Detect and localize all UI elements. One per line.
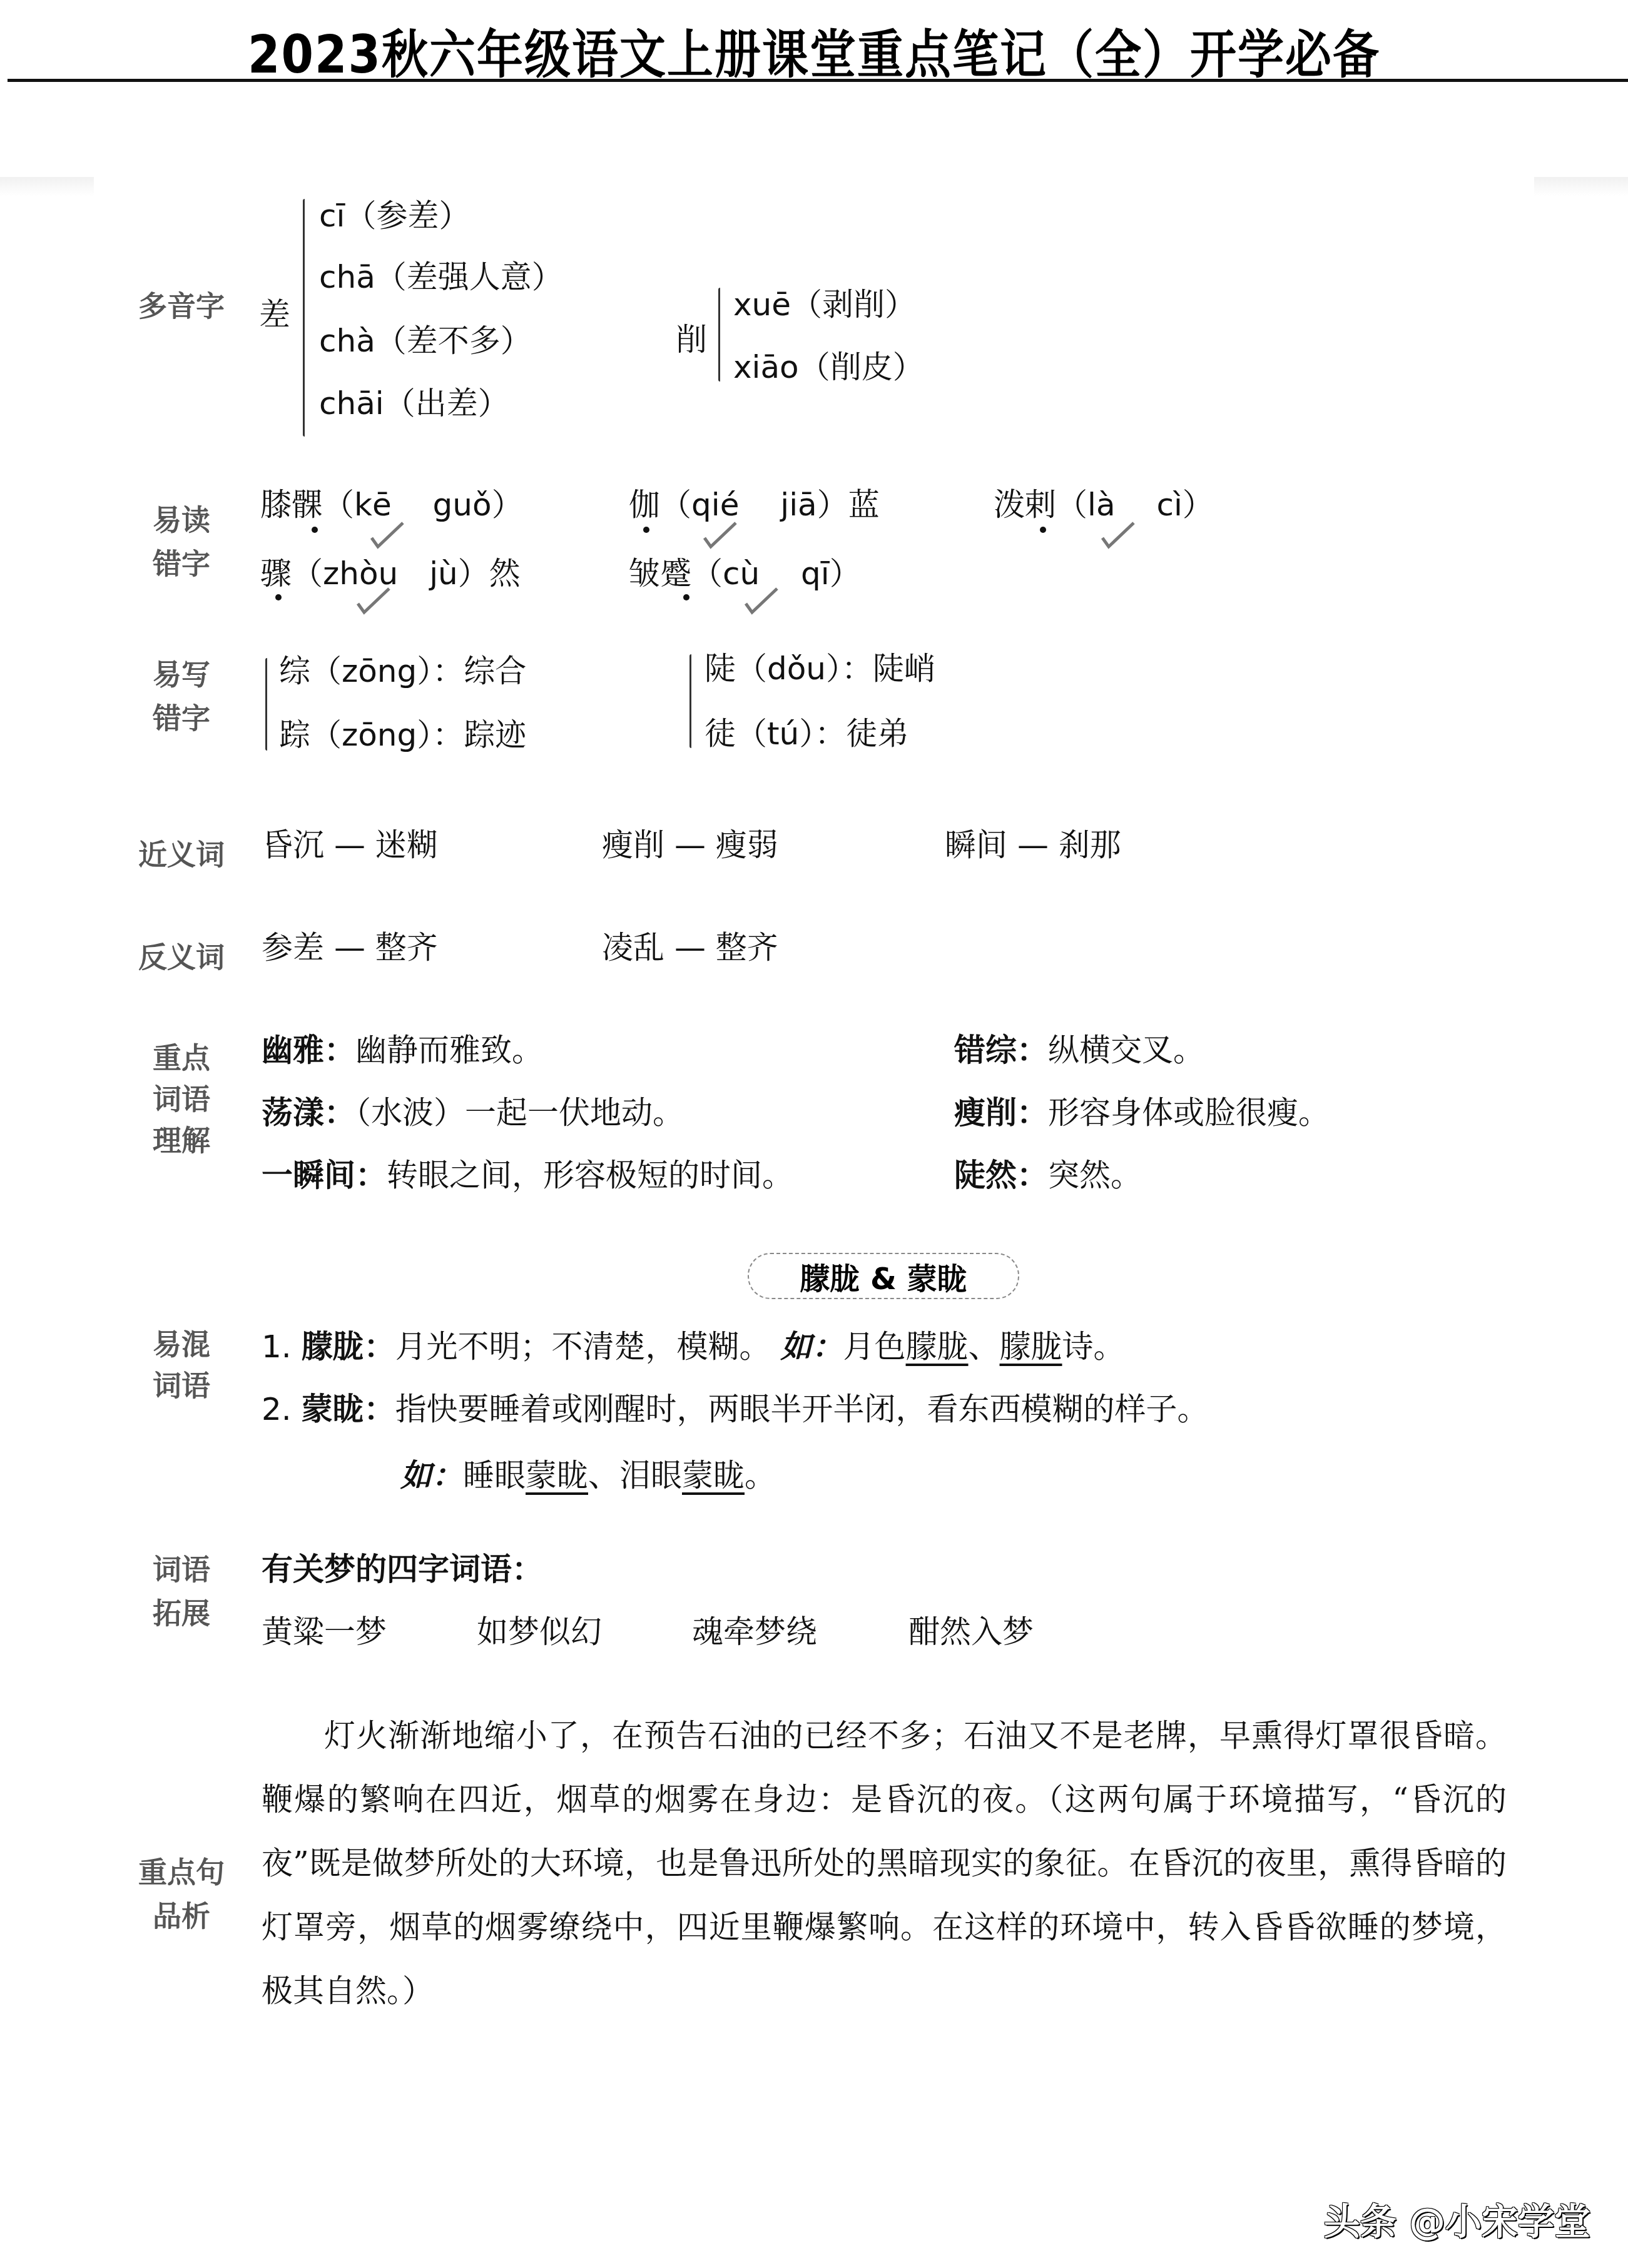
brace: [303, 199, 305, 437]
idiom: 如梦似幻: [477, 1616, 602, 1648]
checkmark-icon: [702, 519, 737, 550]
idiom: 黄粱一梦: [262, 1616, 387, 1648]
miswritten-item: 综（zōng）：综合: [279, 656, 526, 687]
emphasis-dot: [683, 594, 689, 600]
key-word-item: 幽雅：幽静而雅致。: [262, 1035, 543, 1066]
page-corner-shadow-left: [0, 177, 94, 196]
key-sentence-paragraph: 灯火渐渐地缩小了，在预告石油的已经不多；石油又不是老牌，早熏得灯罩很昏暗。鞭爆的…: [262, 1704, 1507, 2023]
misread-item: 膝髁（kē guǒ）: [260, 489, 523, 520]
brace: [689, 654, 691, 748]
section-label-key-sentence: 重点句 品析: [131, 1858, 231, 1953]
polyphone-char: 削: [676, 324, 707, 355]
emphasis-dot: [643, 527, 649, 533]
misread-item: 泼剌（là cì）: [994, 489, 1214, 520]
key-word-item: 瘦削：形容身体或脸很瘦。: [954, 1097, 1330, 1128]
example-label: 如：: [781, 1328, 843, 1365]
watermark: 头条 @小宋学堂: [1324, 2192, 1590, 2245]
page-title: 2023秋六年级语文上册课堂重点笔记（全）开学必备: [0, 14, 1628, 88]
reading-row: xiāo（削皮）: [733, 352, 924, 383]
antonym-pair: 参差 — 整齐: [262, 932, 438, 963]
reading-row: cī（参差）: [319, 200, 470, 231]
section-label-expansion: 词语 拓展: [131, 1555, 231, 1650]
example-label: 如：: [400, 1457, 463, 1494]
key-word-item: 陡然：突然。: [954, 1160, 1142, 1191]
miswritten-item: 徒（tú）：徒弟: [705, 718, 908, 749]
expansion-heading: 有关梦的四字词语：: [262, 1554, 543, 1585]
emphasis-dot: [275, 594, 282, 600]
key-word-item: 一瞬间：转眼之间，形容极短的时间。: [262, 1160, 793, 1191]
reading-row: chā（差强人意）: [319, 261, 563, 293]
section-label-misread: 易读 错字: [131, 505, 231, 600]
section-label-polyphone: 多音字: [131, 291, 231, 343]
confusable-item: 1. 朦胧：月光不明；不清楚，模糊。 如：月色朦胧、朦胧诗。: [262, 1331, 1125, 1362]
section-label-antonyms: 反义词: [131, 943, 231, 994]
synonym-pair: 昏沉 — 迷糊: [262, 829, 438, 861]
page-corner-shadow-right: [1534, 177, 1628, 196]
section-label-confusable: 易混 词语: [131, 1330, 231, 1422]
section-label-miswritten: 易写 错字: [131, 660, 231, 755]
misread-item: 伽（qié jiā）蓝: [629, 489, 880, 520]
section-label-key-words: 重点 词语 理解: [131, 1043, 231, 1177]
idiom: 酣然入梦: [908, 1616, 1034, 1648]
idiom: 魂牵梦绕: [692, 1616, 817, 1648]
antonym-pair: 凌乱 — 整齐: [602, 932, 778, 963]
synonym-pair: 瞬间 — 刹那: [945, 829, 1121, 861]
emphasis-dot: [312, 527, 318, 533]
checkmark-icon: [369, 519, 404, 550]
miswritten-item: 踪（zōng）：踪迹: [279, 719, 526, 751]
checkmark-icon: [1100, 519, 1135, 550]
reading-row: chāi（出差）: [319, 388, 509, 419]
reading-row: chà（差不多）: [319, 325, 532, 357]
synonym-pair: 瘦削 — 瘦弱: [602, 829, 778, 861]
title-divider: [8, 79, 1628, 82]
section-label-synonyms: 近义词: [131, 840, 231, 891]
key-word-item: 荡漾：（水波）一起一伏地动。: [262, 1097, 684, 1128]
brace: [718, 288, 720, 382]
emphasis-dot: [1040, 527, 1046, 533]
confusable-title-box: 朦胧 & 蒙眬: [748, 1253, 1019, 1299]
polyphone-char: 差: [259, 299, 290, 330]
checkmark-icon: [355, 585, 390, 616]
key-word-item: 错综：纵横交叉。: [954, 1035, 1204, 1066]
confusable-example: 如：睡眼蒙眬、泪眼蒙眬。: [400, 1460, 776, 1491]
confusable-item: 2. 蒙眬：指快要睡着或刚醒时，两眼半开半闭，看东西模糊的样子。: [262, 1394, 1209, 1425]
miswritten-item: 陡（dǒu）：陡峭: [705, 653, 935, 684]
checkmark-icon: [743, 585, 778, 616]
brace: [265, 658, 267, 751]
reading-row: xuē（剥削）: [733, 289, 916, 320]
